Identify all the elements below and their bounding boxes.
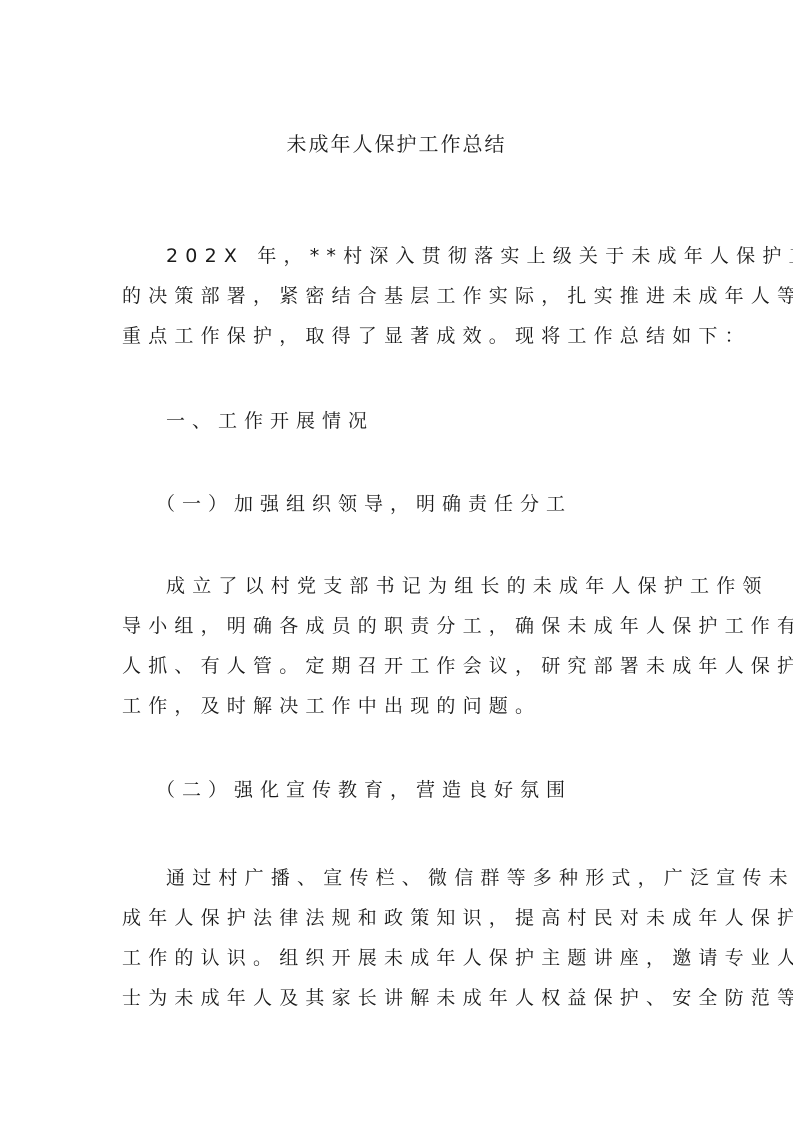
subsection-heading-1: （一）加强组织领导，明确责任分工 bbox=[122, 484, 674, 524]
paragraph-line: 通过村广播、宣传栏、微信群等多种形式，广泛宣传未 bbox=[122, 858, 674, 898]
subsection-1-paragraph: 成立了以村党支部书记为组长的未成年人保护工作领 导小组，明确各成员的职责分工，确… bbox=[122, 566, 674, 726]
intro-paragraph: 202X 年，**村深入贯彻落实上级关于未成年人保护工作 的决策部署，紧密结合基… bbox=[122, 236, 674, 356]
paragraph-line: 士为未成年人及其家长讲解未成年人权益保护、安全防范等 bbox=[122, 978, 674, 1018]
paragraph-line: 工作，及时解决工作中出现的问题。 bbox=[122, 686, 674, 726]
paragraph-line: 导小组，明确各成员的职责分工，确保未成年人保护工作有 bbox=[122, 606, 674, 646]
paragraph-line: 成立了以村党支部书记为组长的未成年人保护工作领 bbox=[122, 566, 674, 606]
section-heading-1: 一、工作开展情况 bbox=[122, 401, 674, 441]
paragraph-line: 重点工作保护，取得了显著成效。现将工作总结如下： bbox=[122, 316, 674, 356]
subsection-2-paragraph: 通过村广播、宣传栏、微信群等多种形式，广泛宣传未 成年人保护法律法规和政策知识，… bbox=[122, 858, 674, 1018]
paragraph-line: 202X 年，**村深入贯彻落实上级关于未成年人保护工作 bbox=[122, 236, 674, 276]
subsection-heading-text: （一）加强组织领导，明确责任分工 bbox=[122, 484, 674, 524]
subsection-heading-text: （二）强化宣传教育，营造良好氛围 bbox=[122, 770, 674, 810]
paragraph-line: 工作的认识。组织开展未成年人保护主题讲座，邀请专业人 bbox=[122, 938, 674, 978]
subsection-heading-2: （二）强化宣传教育，营造良好氛围 bbox=[122, 770, 674, 810]
paragraph-line: 的决策部署，紧密结合基层工作实际，扎实推进未成年人等 bbox=[122, 276, 674, 316]
document-page: 未成年人保护工作总结 202X 年，**村深入贯彻落实上级关于未成年人保护工作 … bbox=[0, 0, 793, 1122]
document-title: 未成年人保护工作总结 bbox=[0, 128, 793, 160]
paragraph-line: 人抓、有人管。定期召开工作会议，研究部署未成年人保护 bbox=[122, 646, 674, 686]
paragraph-line: 成年人保护法律法规和政策知识，提高村民对未成年人保护 bbox=[122, 898, 674, 938]
section-heading-text: 一、工作开展情况 bbox=[122, 401, 674, 441]
